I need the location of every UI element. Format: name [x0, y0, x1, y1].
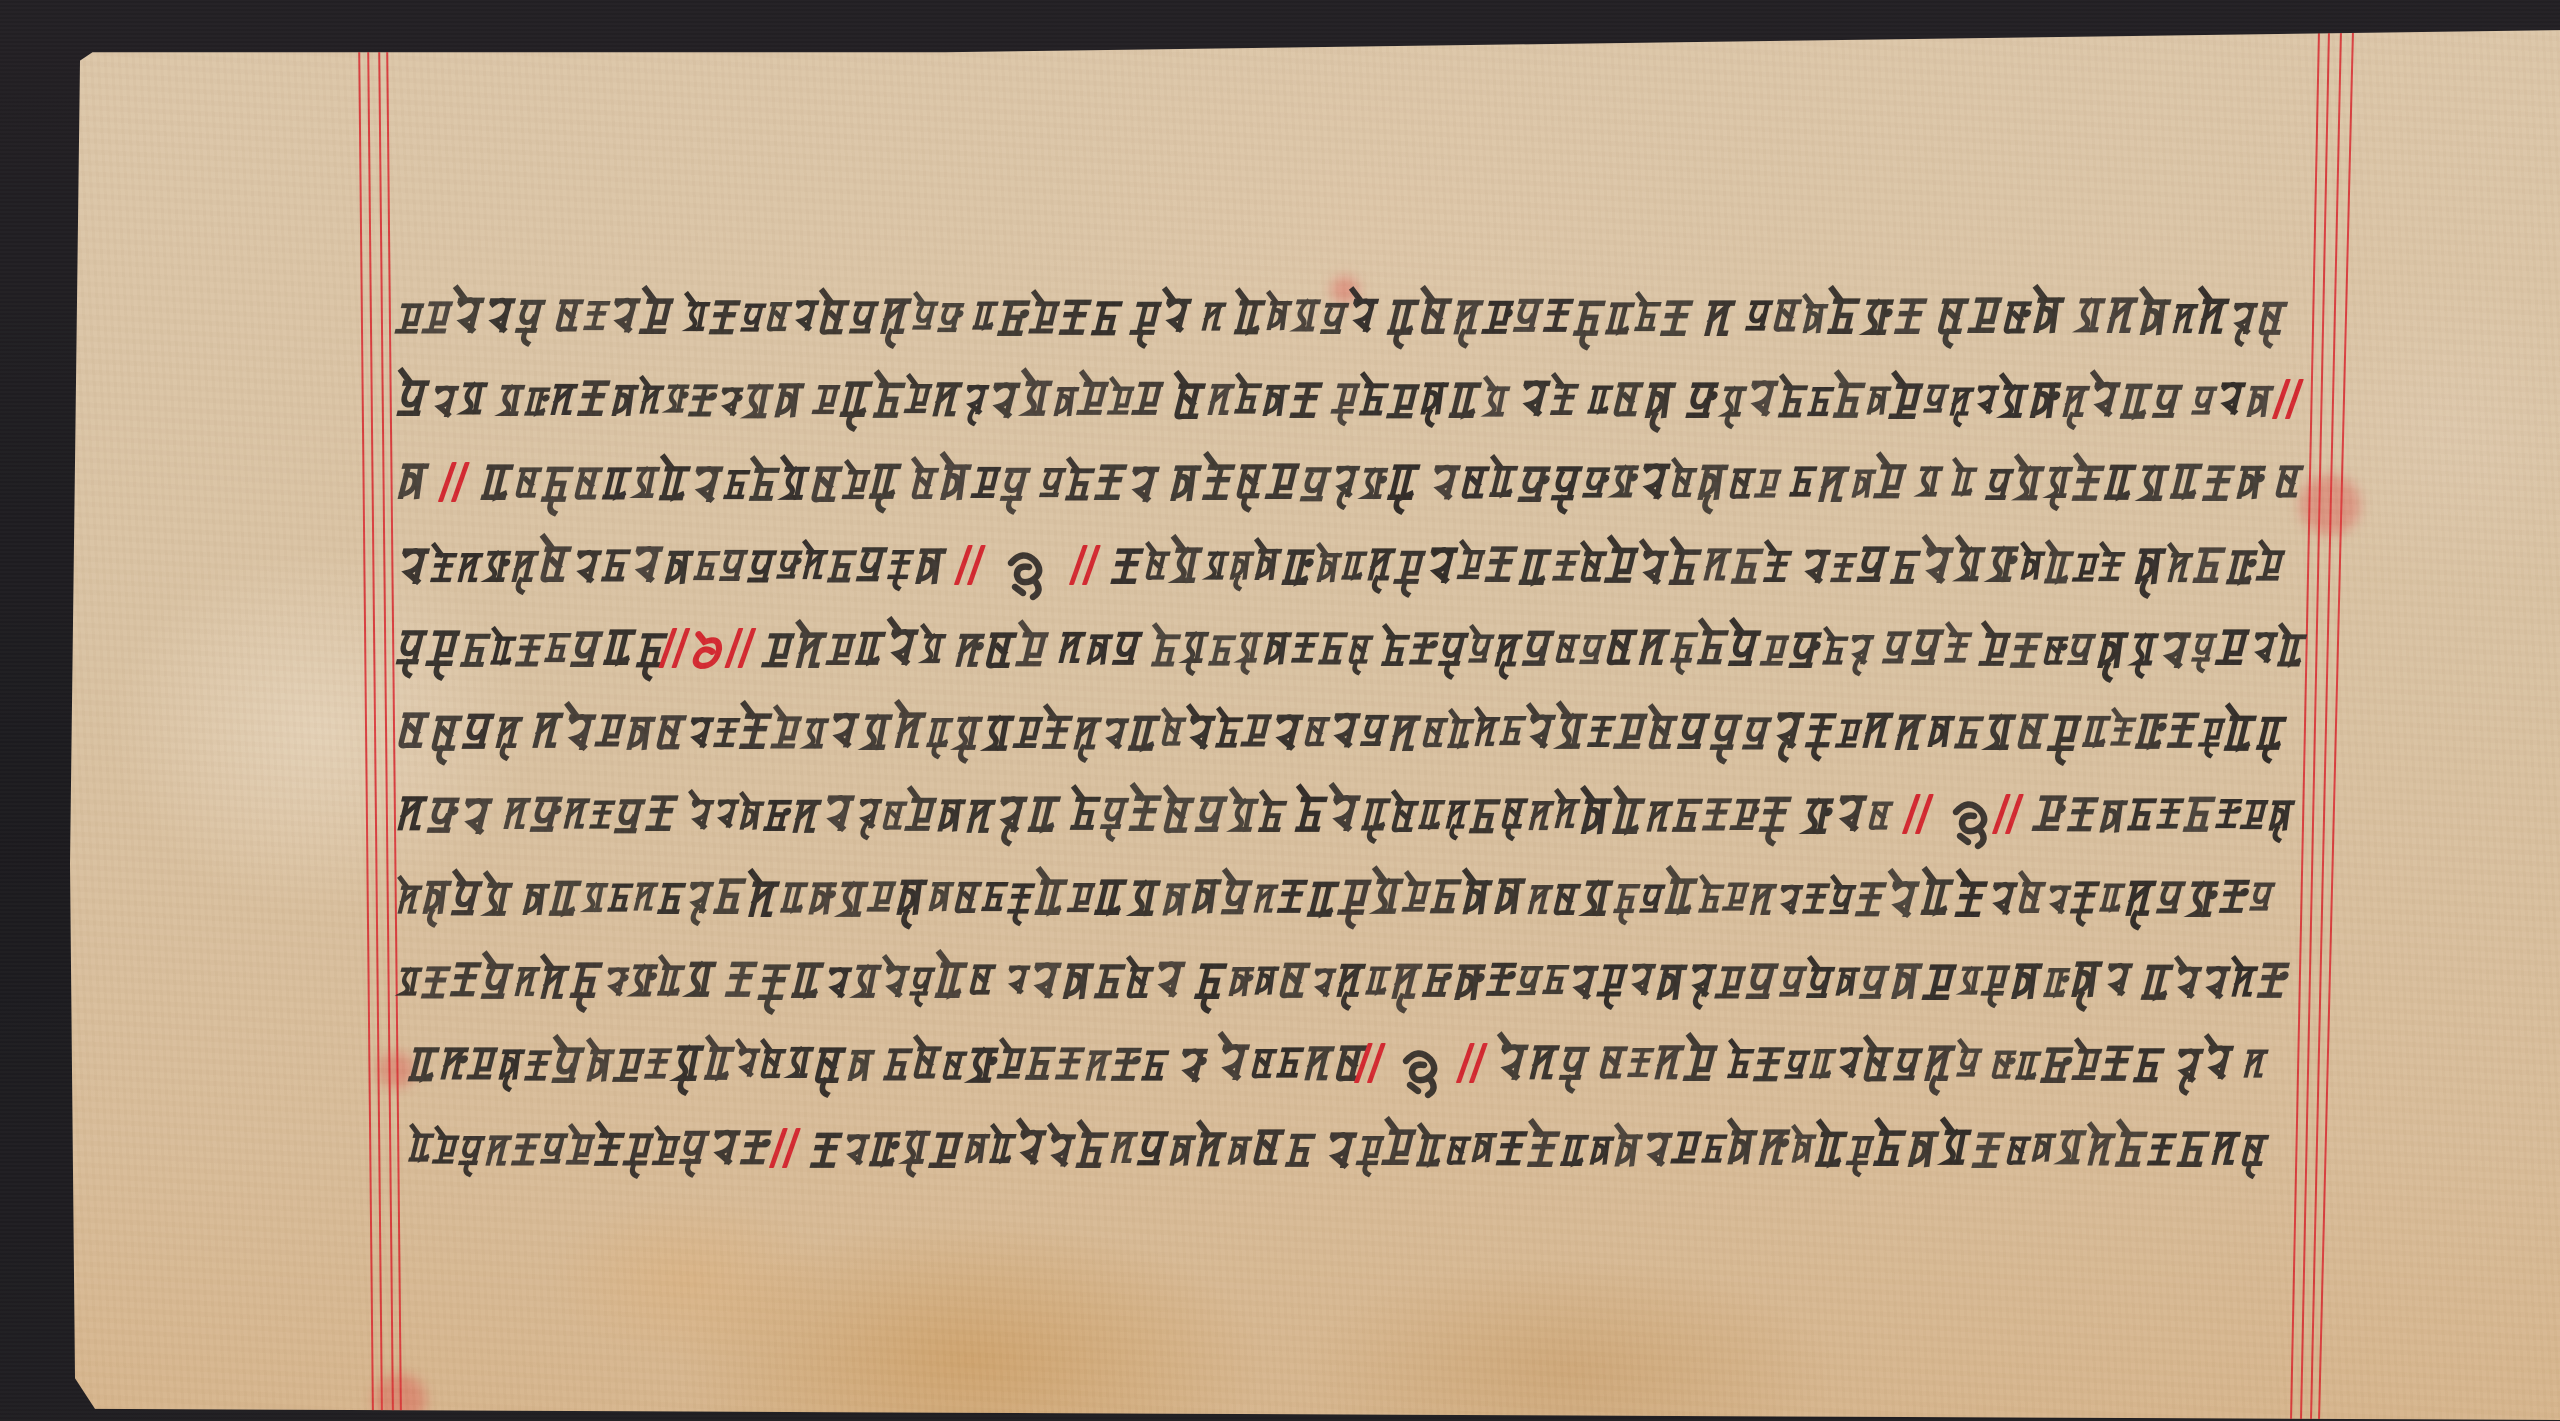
- aksara-glyph: [787, 1033, 818, 1099]
- aksara-glyph: [659, 951, 689, 1017]
- aksara-glyph: [2258, 704, 2291, 770]
- aksara-glyph: [2242, 1121, 2273, 1187]
- aksara-glyph: [540, 535, 577, 601]
- aksara-glyph: [853, 952, 886, 1018]
- aksara-glyph: [775, 371, 809, 437]
- aksara-glyph: [603, 536, 635, 602]
- aksara-glyph: [1786, 1035, 1814, 1101]
- aksara-glyph: [1575, 289, 1610, 355]
- aksara-glyph: [999, 289, 1035, 355]
- aksara-glyph: [526, 372, 554, 438]
- aksara-glyph: [1838, 704, 1866, 770]
- aksara-glyph: [823, 784, 860, 850]
- manuscript-line-8: [70, 865, 2560, 945]
- aksara-glyph: [1421, 369, 1453, 435]
- aksara-glyph: [398, 618, 432, 684]
- aksara-glyph: [1287, 1121, 1320, 1187]
- aksara-glyph: [715, 784, 743, 850]
- aksara-glyph: [991, 1119, 1020, 1185]
- aksara-glyph: [2075, 1035, 2106, 1101]
- aksara-glyph: [1590, 1121, 1618, 1187]
- aksara-glyph: [1529, 786, 1558, 852]
- aksara-glyph: [1730, 454, 1760, 520]
- aksara-glyph: [1418, 1121, 1450, 1187]
- aksara-glyph: [1757, 454, 1785, 520]
- manuscript-line-7: [70, 782, 2560, 862]
- aksara-glyph: [1471, 787, 1505, 853]
- aksara-glyph: [1359, 1121, 1388, 1187]
- aksara-glyph: [1389, 288, 1424, 354]
- aksara-glyph: [2100, 787, 2132, 853]
- aksara-glyph: [2138, 454, 2175, 520]
- aksara-glyph: [1836, 952, 1864, 1018]
- aksara-glyph: [1973, 1121, 2010, 1187]
- aksara-glyph: [736, 1033, 764, 1099]
- aksara-glyph: [759, 953, 796, 1019]
- aksara-glyph: [1252, 1034, 1281, 1100]
- aksara-glyph: [964, 370, 993, 436]
- aksara-glyph: [1111, 1118, 1142, 1184]
- aksara-glyph: [398, 701, 435, 767]
- aksara-glyph: [2011, 952, 2048, 1018]
- aksara-glyph: [1891, 952, 1928, 1018]
- aksara-glyph: [1350, 286, 1383, 352]
- aksara-glyph: [1236, 288, 1270, 354]
- aksara-glyph: [516, 453, 546, 519]
- aksara-glyph: [453, 869, 487, 935]
- aksara-glyph: [1309, 870, 1344, 936]
- aksara-glyph: [1987, 535, 2024, 601]
- aksara-glyph: [1267, 286, 1296, 352]
- manuscript-line-9: [70, 948, 2560, 1028]
- aksara-glyph: [1041, 453, 1070, 519]
- aksara-glyph: [2088, 1120, 2120, 1186]
- aksara-glyph: [1657, 953, 1692, 1019]
- aksara-glyph: [870, 867, 900, 933]
- aksara-glyph: [2228, 538, 2262, 604]
- aksara-glyph: [1486, 535, 1523, 601]
- aksara-glyph: [968, 1036, 1003, 1102]
- aksara-glyph: [492, 621, 520, 687]
- aksara-glyph: [464, 702, 499, 768]
- aksara-glyph: [1863, 701, 1898, 767]
- aksara-glyph: [605, 952, 633, 1018]
- aksara-glyph: [1229, 952, 1258, 1018]
- aksara-glyph: [1103, 704, 1133, 770]
- red-double-danda-mark: [955, 545, 991, 593]
- aksara-glyph: [1748, 369, 1783, 435]
- aksara-glyph: [1644, 1120, 1677, 1186]
- aksara-glyph: [1009, 869, 1039, 935]
- aksara-glyph: [1032, 288, 1064, 354]
- aksara-glyph: [1254, 869, 1282, 935]
- aksara-glyph: [984, 704, 1019, 770]
- aksara-glyph: [630, 951, 662, 1017]
- aksara-glyph: [715, 867, 751, 933]
- aksara-glyph: [2107, 286, 2143, 352]
- aksara-glyph: [2212, 1119, 2245, 1185]
- aksara-glyph: [1925, 953, 1962, 1019]
- aksara-glyph: [1127, 953, 1158, 1019]
- aksara-glyph: [2251, 867, 2279, 933]
- aksara-glyph: [1662, 289, 1698, 355]
- aksara-glyph: [2021, 536, 2049, 602]
- aksara-glyph: [796, 621, 832, 687]
- aksara-glyph: [1312, 953, 1340, 1019]
- aksara-glyph: [690, 371, 722, 437]
- manuscript-line-11: [70, 1116, 2560, 1196]
- aksara-glyph: [2101, 868, 2129, 934]
- aksara-glyph: [932, 1121, 968, 1187]
- aksara-glyph: [1174, 372, 1211, 438]
- aksara-glyph: [2160, 621, 2196, 687]
- aksara-glyph: [556, 286, 588, 352]
- aksara-glyph: [1589, 702, 1620, 768]
- aksara-glyph: [1067, 455, 1099, 521]
- aksara-glyph: [2004, 288, 2036, 354]
- aksara-glyph: [1080, 369, 1113, 435]
- aksara-glyph: [829, 620, 860, 686]
- aksara-glyph: [1733, 785, 1764, 851]
- aksara-glyph: [1615, 869, 1644, 935]
- aksara-glyph: [1938, 287, 1974, 353]
- aksara-glyph: [587, 1036, 619, 1102]
- aksara-glyph: [871, 1120, 905, 1186]
- aksara-glyph: [1629, 1033, 1658, 1099]
- aksara-glyph: [2103, 1034, 2138, 1100]
- aksara-glyph: [2045, 953, 2074, 1019]
- aksara-glyph: [1607, 618, 1642, 684]
- aksara-glyph: [572, 620, 608, 686]
- aksara-glyph: [596, 1120, 629, 1186]
- aksara-glyph: [2074, 454, 2109, 520]
- aksara-glyph: [1197, 1120, 1231, 1186]
- aksara-glyph: [1129, 869, 1166, 935]
- aksara-glyph: [673, 1034, 709, 1100]
- manuscript-line-5: [70, 616, 2560, 696]
- aksara-glyph: [1463, 868, 1497, 934]
- aksara-glyph: [665, 538, 698, 604]
- aksara-glyph: [721, 536, 752, 602]
- aksara-glyph: [1733, 537, 1768, 603]
- aksara-glyph: [1182, 618, 1213, 684]
- aksara-glyph: [2084, 702, 2115, 768]
- aksara-glyph: [461, 787, 498, 853]
- aksara-glyph: [1329, 784, 1366, 850]
- aksara-glyph: [1086, 1036, 1116, 1102]
- aksara-glyph: [914, 286, 942, 352]
- aksara-glyph: [936, 951, 973, 1017]
- aksara-glyph: [1495, 621, 1527, 687]
- aksara-glyph: [711, 1118, 745, 1184]
- aksara-glyph: [1421, 287, 1457, 353]
- aksara-glyph: [907, 369, 936, 435]
- aksara-glyph: [2172, 452, 2207, 518]
- aksara-glyph: [1228, 1121, 1256, 1187]
- aksara-glyph: [1293, 286, 1325, 352]
- aksara-glyph: [462, 621, 495, 687]
- aksara-glyph: [1728, 1118, 1762, 1184]
- aksara-glyph: [1153, 621, 1185, 687]
- aksara-glyph: [1589, 370, 1617, 436]
- aksara-glyph: [2091, 370, 2125, 436]
- aksara-glyph: [2154, 372, 2187, 438]
- red-double-danda-mark: [1457, 1043, 1493, 1091]
- aksara-glyph: [398, 452, 434, 518]
- aksara-glyph: [1958, 1033, 1986, 1099]
- aksara-glyph: [1888, 870, 1925, 936]
- aksara-glyph: [1581, 787, 1617, 853]
- aksara-glyph: [398, 870, 426, 936]
- aksara-glyph: [851, 288, 883, 354]
- aksara-glyph: [1268, 452, 1305, 518]
- aksara-glyph: [826, 953, 856, 1019]
- aksara-glyph: [1130, 704, 1165, 770]
- aksara-glyph: [940, 453, 977, 519]
- aksara-glyph: [1765, 537, 1796, 603]
- aksara-glyph: [1297, 785, 1332, 851]
- aksara-glyph: [2106, 453, 2141, 519]
- aksara-glyph: [1202, 287, 1230, 353]
- aksara-glyph: [1110, 371, 1138, 437]
- aksara-glyph: [1704, 785, 1736, 851]
- aksara-glyph: [2050, 704, 2087, 770]
- aksara-glyph: [2019, 868, 2050, 934]
- aksara-glyph: [2112, 702, 2140, 768]
- aksara-glyph: [2057, 1118, 2091, 1184]
- aksara-glyph: [1341, 868, 1376, 934]
- aksara-glyph: [2075, 538, 2103, 604]
- aksara-glyph: [585, 286, 614, 352]
- aksara-glyph: [715, 703, 744, 769]
- aksara-glyph: [929, 867, 958, 933]
- aksara-glyph: [1164, 786, 1199, 852]
- aksara-glyph: [1472, 1118, 1501, 1184]
- aksara-glyph: [583, 868, 612, 934]
- aksara-glyph: [793, 286, 823, 352]
- aksara-glyph: [2012, 621, 2047, 687]
- aksara-glyph: [2217, 784, 2246, 850]
- aksara-glyph: [1072, 784, 1105, 850]
- aksara-glyph: [1956, 535, 1990, 601]
- aksara-glyph: [2007, 1121, 2035, 1187]
- aksara-glyph: [1006, 950, 1034, 1016]
- aksara-glyph: [1712, 703, 1747, 769]
- aksara-glyph: [1279, 867, 1312, 933]
- aksara-glyph: [2076, 286, 2110, 352]
- aksara-glyph: [532, 785, 567, 851]
- aksara-glyph: [2117, 1120, 2152, 1186]
- red-double-danda-mark: [1903, 794, 1939, 842]
- aksara-glyph: [1263, 371, 1294, 437]
- aksara-glyph: [1699, 618, 1733, 684]
- aksara-glyph: [616, 787, 650, 853]
- aksara-glyph: [1000, 1034, 1030, 1100]
- aksara-glyph: [1557, 702, 1592, 768]
- aksara-glyph: [1672, 618, 1702, 684]
- aksara-glyph: [1600, 1033, 1632, 1099]
- aksara-glyph: [647, 784, 683, 850]
- aksara-glyph: [1102, 784, 1133, 850]
- aksara-glyph: [410, 1118, 438, 1184]
- aksara-glyph: [1824, 621, 1852, 687]
- aksara-glyph: [1802, 537, 1835, 603]
- aksara-glyph: [857, 619, 890, 685]
- aksara-glyph: [655, 1121, 684, 1187]
- aksara-glyph: [1273, 703, 1308, 769]
- aksara-glyph: [1484, 372, 1514, 438]
- aksara-glyph: [1562, 1121, 1593, 1187]
- aksara-glyph: [1389, 453, 1425, 519]
- aksara-glyph: [1498, 1033, 1533, 1099]
- aksara-glyph: [1763, 621, 1793, 687]
- aksara-glyph: [1070, 868, 1099, 934]
- aksara-glyph: [1447, 1121, 1475, 1187]
- aksara-glyph: [2158, 868, 2190, 934]
- aksara-glyph: [1849, 620, 1878, 686]
- aksara-glyph: [1809, 372, 1838, 438]
- aksara-glyph: [1390, 372, 1424, 438]
- aksara-glyph: [1255, 535, 1286, 601]
- aksara-glyph: [435, 1120, 463, 1186]
- aksara-glyph: [2018, 702, 2053, 768]
- aksara-glyph: [727, 950, 762, 1016]
- aksara-glyph: [1475, 702, 1504, 768]
- aksara-glyph: [432, 538, 461, 604]
- aksara-glyph: [1829, 287, 1865, 353]
- aksara-glyph: [1804, 869, 1834, 935]
- aksara-glyph: [778, 535, 806, 601]
- aksara-glyph: [1139, 1119, 1173, 1185]
- aksara-glyph: [2030, 371, 2066, 437]
- aksara-glyph: [911, 952, 939, 1018]
- red-double-danda-mark: [1070, 545, 1106, 593]
- aksara-glyph: [2143, 953, 2178, 1019]
- aksara-glyph: [484, 870, 517, 936]
- aksara-glyph: [2135, 537, 2171, 603]
- aksara-glyph: [1747, 286, 1777, 352]
- aksara-glyph: [1390, 704, 1426, 770]
- aksara-glyph: [642, 287, 679, 353]
- aksara-glyph: [997, 785, 1032, 851]
- aksara-glyph: [1832, 538, 1861, 604]
- aksara-glyph: [1750, 870, 1781, 936]
- aksara-glyph: [1808, 953, 1839, 1019]
- aksara-glyph: [774, 703, 806, 769]
- aksara-glyph: [2042, 1036, 2078, 1102]
- aksara-glyph: [2069, 785, 2103, 851]
- aksara-glyph: [889, 535, 918, 601]
- auspicious-symbol-glyph: [1950, 790, 2002, 854]
- aksara-glyph: [1672, 453, 1701, 519]
- aksara-glyph: [1791, 452, 1821, 518]
- aksara-glyph: [1946, 618, 1976, 684]
- aksara-glyph: [398, 537, 435, 603]
- aksara-glyph: [1519, 455, 1556, 521]
- aksara-glyph: [2173, 289, 2202, 355]
- aksara-glyph: [875, 371, 910, 437]
- aksara-glyph: [956, 621, 989, 687]
- aksara-glyph: [2071, 950, 2108, 1016]
- aksara-glyph: [1019, 620, 1053, 686]
- aksara-glyph: [513, 1120, 545, 1186]
- aksara-glyph: [579, 369, 615, 435]
- aksara-glyph: [2033, 286, 2070, 352]
- aksara-glyph: [551, 370, 582, 436]
- aksara-glyph: [1975, 370, 2003, 436]
- aksara-glyph: [749, 537, 781, 603]
- aksara-glyph: [1405, 867, 1435, 933]
- aksara-glyph: [1367, 951, 1395, 1017]
- aksara-glyph: [1807, 701, 1841, 767]
- aksara-glyph: [974, 453, 1005, 519]
- aksara-glyph: [1528, 870, 1557, 936]
- aksara-glyph: [659, 869, 690, 935]
- aksara-glyph: [657, 703, 691, 769]
- aksara-glyph: [1218, 1033, 1255, 1099]
- aksara-glyph: [2129, 785, 2161, 851]
- aksara-glyph: [564, 784, 594, 850]
- aksara-glyph: [1670, 538, 1707, 604]
- aksara-glyph: [499, 1035, 529, 1101]
- aksara-glyph: [1857, 870, 1891, 936]
- aksara-glyph: [858, 535, 892, 601]
- verse-number: [684, 628, 729, 681]
- aksara-glyph: [1892, 538, 1925, 604]
- aksara-glyph: [848, 1036, 879, 1102]
- aksara-glyph: [1817, 1120, 1852, 1186]
- aksara-glyph: [1730, 619, 1766, 685]
- aksara-glyph: [1895, 1035, 1927, 1101]
- aksara-glyph: [1524, 619, 1559, 685]
- aksara-glyph: [2017, 1036, 2045, 1102]
- aksara-glyph: [983, 867, 1012, 933]
- aksara-glyph: [1647, 787, 1677, 853]
- aksara-glyph: [542, 1119, 572, 1185]
- aksara-glyph: [861, 703, 898, 769]
- aksara-glyph: [1208, 370, 1239, 436]
- aksara-glyph: [1440, 620, 1473, 686]
- aksara-glyph: [1170, 454, 1207, 520]
- aksara-glyph: [1666, 867, 1703, 933]
- aksara-glyph: [1450, 371, 1487, 437]
- aksara-glyph: [1237, 618, 1267, 684]
- aksara-glyph: [1917, 452, 1947, 518]
- aksara-glyph: [611, 286, 645, 352]
- aksara-glyph: [811, 455, 848, 521]
- aksara-glyph: [883, 786, 911, 852]
- aksara-glyph: [908, 785, 941, 851]
- aksara-glyph: [1061, 288, 1096, 354]
- aksara-glyph: [498, 371, 529, 437]
- aksara-glyph: [2201, 703, 2229, 769]
- manuscript-line-4: [70, 533, 2560, 613]
- aksara-glyph: [1581, 620, 1610, 686]
- aksara-glyph: [692, 455, 728, 521]
- aksara-glyph: [1130, 784, 1167, 850]
- aksara-glyph: [1162, 702, 1190, 768]
- aksara-glyph: [496, 703, 527, 769]
- aksara-glyph: [1987, 455, 2018, 521]
- aksara-glyph: [1446, 785, 1474, 851]
- aksara-glyph: [887, 618, 924, 684]
- aksara-glyph: [2000, 372, 2033, 438]
- aksara-glyph: [1485, 288, 1518, 354]
- aksara-glyph: [687, 868, 718, 934]
- aksara-glyph: [2131, 620, 2163, 686]
- aksara-glyph: [1704, 289, 1741, 355]
- aksara-glyph: [815, 370, 844, 436]
